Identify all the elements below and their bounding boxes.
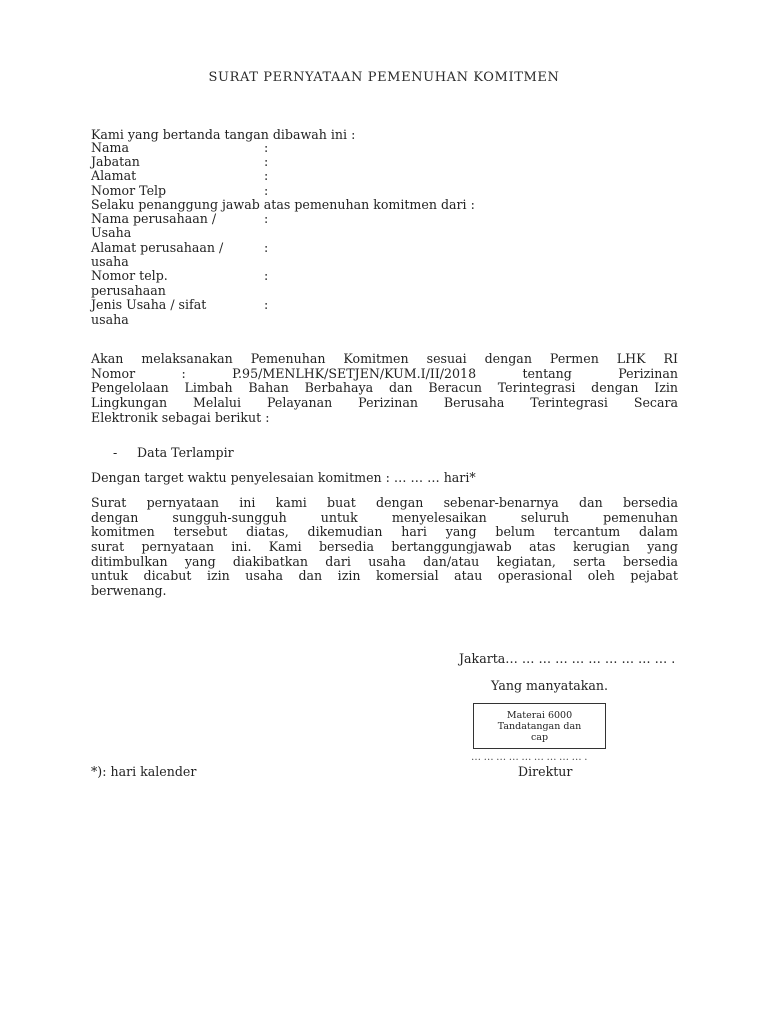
field-colon: : <box>264 241 268 256</box>
paragraph-line: komitmen tersebut diatas, dikemudian har… <box>91 525 678 540</box>
bullet-marker: - <box>113 445 117 460</box>
paragraph-line: dengan sungguh-sungguh untuk menyelesaik… <box>91 511 678 526</box>
field-label-nama-perusahaan-l2: Usaha <box>91 226 261 241</box>
paragraph-line: Elektronik sebagai berikut : <box>91 411 678 426</box>
paragraph-line: Akan melaksanakan Pemenuhan Komitmen ses… <box>91 352 678 367</box>
field-colon: : <box>264 269 268 284</box>
signer-name-line: … … … … … … … … … . <box>471 752 587 763</box>
bullet-item-data-terlampir: Data Terlampir <box>137 445 234 460</box>
paragraph-line: Nomor : P.95/MENLHK/SETJEN/KUM.I/II/2018… <box>91 367 678 382</box>
footnote: *): hari kalender <box>91 765 196 780</box>
field-colon: : <box>264 298 268 313</box>
field-label-jenis-usaha-l1: Jenis Usaha / sifat <box>91 298 261 313</box>
signer-position: Direktur <box>518 765 572 780</box>
declarer-label: Yang manyatakan. <box>491 679 608 694</box>
stamp-box-line: Materai 6000 <box>474 710 605 721</box>
field-label-jenis-usaha-l2: usaha <box>91 313 261 328</box>
field-colon: : <box>264 212 268 227</box>
place-date-line: Jakarta… … … … … … … … … … . <box>459 652 675 667</box>
paragraph-line: Lingkungan Melalui Pelayanan Perizinan B… <box>91 396 678 411</box>
target-time-line: Dengan target waktu penyelesaian komitme… <box>91 471 476 486</box>
paragraph-line: Pengelolaan Limbah Bahan Berbahaya dan B… <box>91 381 678 396</box>
stamp-box-line: Tandatangan dan <box>474 721 605 732</box>
paragraph-line: Surat pernyataan ini kami buat dengan se… <box>91 496 678 511</box>
statement-paragraph: Surat pernyataan ini kami buat dengan se… <box>91 496 678 599</box>
field-label-alamat: Alamat <box>91 169 261 184</box>
paragraph-line: berwenang. <box>91 584 678 599</box>
field-label-nomor-telp-perusahaan-l1: Nomor telp. <box>91 269 261 284</box>
stamp-box-line: cap <box>474 732 605 743</box>
stamp-signature-box: Materai 6000 Tandatangan dan cap <box>473 703 606 749</box>
document-title: SURAT PERNYATAAN PEMENUHAN KOMITMEN <box>0 70 768 85</box>
paragraph-line: surat pernyataan ini. Kami bersedia bert… <box>91 540 678 555</box>
commitment-paragraph: Akan melaksanakan Pemenuhan Komitmen ses… <box>91 352 678 425</box>
paragraph-line: ditimbulkan yang diakibatkan dari usaha … <box>91 555 678 570</box>
paragraph-line: untuk dicabut izin usaha dan izin komers… <box>91 569 678 584</box>
field-colon: : <box>264 169 268 184</box>
document-page: SURAT PERNYATAAN PEMENUHAN KOMITMEN Kami… <box>0 0 768 1024</box>
